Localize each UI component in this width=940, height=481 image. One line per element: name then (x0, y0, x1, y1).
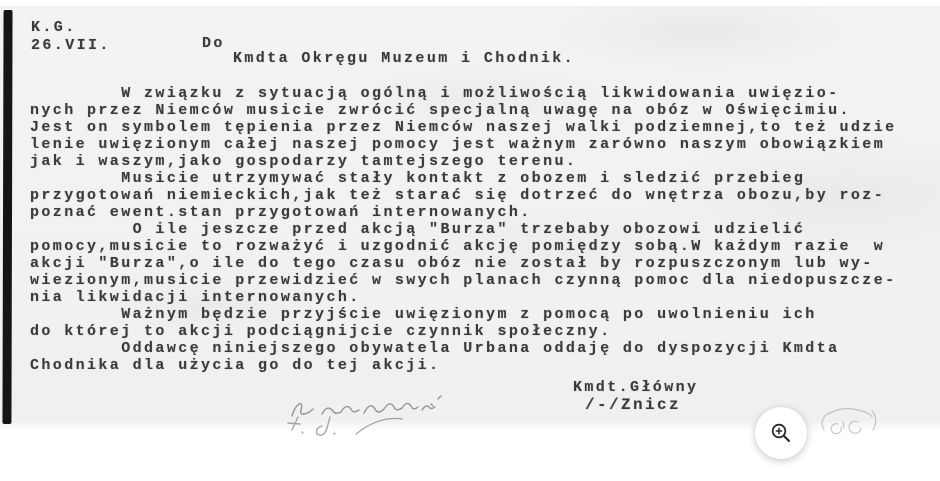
typed-line: pomocy,musicie to rozważyć i uzgodnić ak… (30, 238, 897, 255)
typed-line: lenie uwięzionym całej naszej pomocy jes… (30, 136, 897, 153)
salutation: Do (202, 35, 225, 52)
typed-line: poznać ewent.stan przygotowań internowan… (30, 204, 897, 221)
typed-line: Ważnym będzie przyjście uwięzionym z pom… (30, 306, 897, 323)
typed-line: nych przez Niemców musicie zwrócić specj… (30, 102, 897, 119)
typed-line: przygotowań niemieckich,jak też starać s… (30, 187, 897, 204)
typed-line: akcji "Burza",o ile do tego czasu obóz n… (30, 255, 897, 272)
letter-date: 26.VII. (31, 37, 111, 54)
typed-line: Chodnika dla użycia go do tej akcji. (30, 357, 897, 374)
typed-line: Jest on symbolem tępienia przez Niemców … (30, 119, 897, 136)
scanned-letter-viewer: K.G. 26.VII. Do Kmdta Okręgu Muzeum i Ch… (0, 0, 940, 481)
signature-name: /-/Znicz (585, 397, 681, 414)
typed-line: Musicie utrzymywać stały kontakt z oboze… (30, 170, 897, 187)
typed-line: do której to akcji podciągnijcie czynnik… (30, 323, 897, 340)
magnifier-plus-icon (769, 421, 793, 445)
addressee-line: Kmdta Okręgu Muzeum i Chodnik. (233, 50, 575, 67)
handwritten-mark-faint (816, 402, 886, 438)
signature-title: Kmdt.Główny (573, 379, 698, 396)
typed-line: Oddawcę niniejszego obywatela Urbana odd… (30, 340, 897, 357)
zoom-in-button[interactable] (755, 407, 807, 459)
office-code: K.G. (31, 19, 77, 36)
typed-line: W związku z sytuacją ogólną i możliwości… (30, 85, 897, 102)
handwritten-note-initials (278, 410, 428, 440)
typed-line: jak i waszym,jako gospodarzy tamtejszego… (30, 153, 897, 170)
typed-line: O ile jeszcze przed akcją "Burza" trzeba… (30, 221, 897, 238)
typed-line: nia likwidacji internowanych. (30, 289, 897, 306)
scan-edge-bar (2, 10, 12, 424)
letter-body: W związku z sytuacją ogólną i możliwości… (30, 85, 897, 374)
typed-line: wiezionym,musicie przewidzieć w swych pl… (30, 272, 897, 289)
